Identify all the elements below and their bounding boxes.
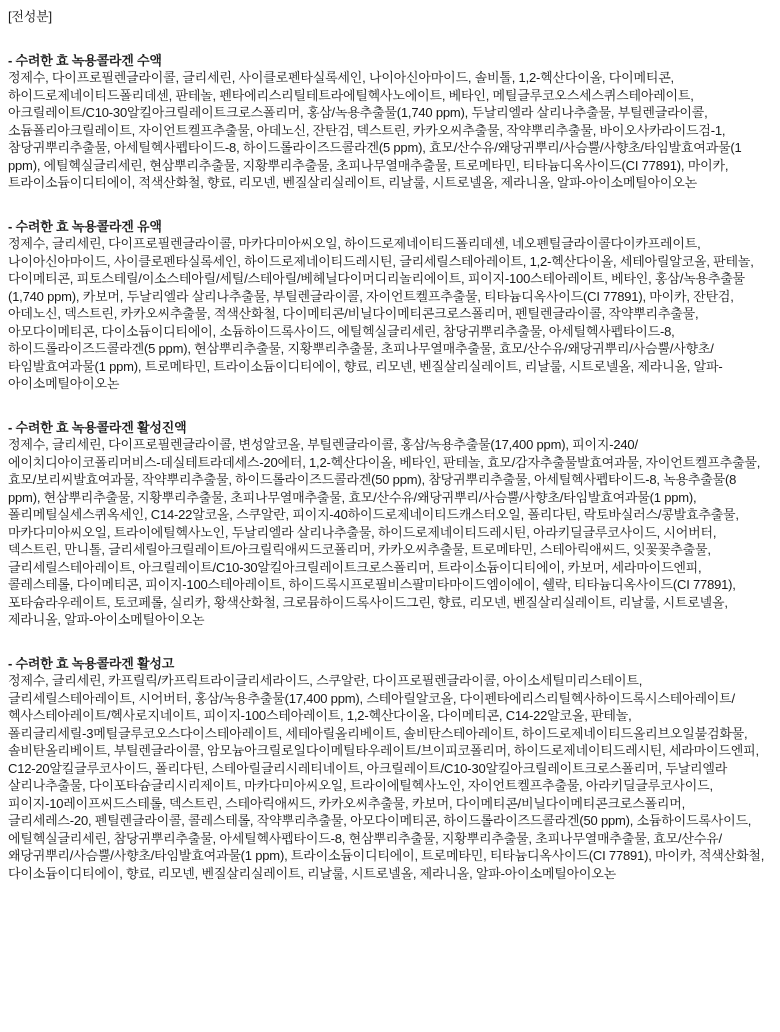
ingredients-header: [전성분] <box>8 8 768 26</box>
ingredient-list: 정제수, 다이프로필렌글라이콜, 글리세린, 사이클로펜타실록세인, 나이아신아… <box>8 69 768 192</box>
ingredient-section-active-cream: - 수려한 효 녹용콜라겐 활성고 정제수, 글리세린, 카프릴릭/카프릭트라이… <box>8 655 768 883</box>
ingredient-section-emulsion: - 수려한 효 녹용콜라겐 유액 정제수, 글리세린, 다이프로필렌글라이콜, … <box>8 218 768 393</box>
section-title: - 수려한 효 녹용콜라겐 활성고 <box>8 655 768 673</box>
section-title: - 수려한 효 녹용콜라겐 유액 <box>8 218 768 236</box>
ingredient-list: 정제수, 글리세린, 다이프로필렌글라이콜, 변성알코올, 부틸렌글라이콜, 홍… <box>8 436 768 629</box>
ingredient-list: 정제수, 글리세린, 카프릴릭/카프릭트라이글리세라이드, 스쿠알란, 다이프로… <box>8 672 768 882</box>
ingredient-section-active-serum: - 수려한 효 녹용콜라겐 활성진액 정제수, 글리세린, 다이프로필렌글라이콜… <box>8 419 768 629</box>
ingredients-document: [전성분] - 수려한 효 녹용콜라겐 수액 정제수, 다이프로필렌글라이콜, … <box>0 0 780 1032</box>
ingredient-section-essence-water: - 수려한 효 녹용콜라겐 수액 정제수, 다이프로필렌글라이콜, 글리세린, … <box>8 52 768 192</box>
section-title: - 수려한 효 녹용콜라겐 활성진액 <box>8 419 768 437</box>
ingredient-list: 정제수, 글리세린, 다이프로필렌글라이콜, 마카다미아씨오일, 하이드로제네이… <box>8 235 768 393</box>
section-title: - 수려한 효 녹용콜라겐 수액 <box>8 52 768 70</box>
